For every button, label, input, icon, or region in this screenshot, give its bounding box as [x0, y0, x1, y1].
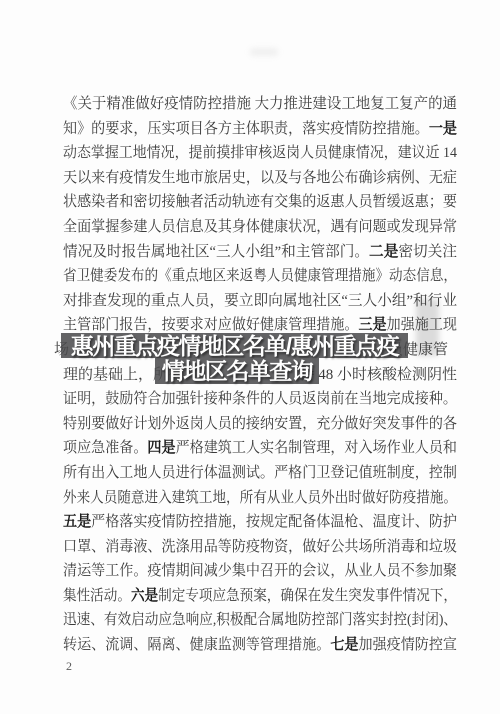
text-line: 证明，鼓励符合加强针接种条件的人员返岗前在当地完成接种。: [63, 387, 457, 412]
text-line: 所有出入工地人员进行体温测试。严格门卫登记值班制度，控制: [63, 461, 457, 486]
document-page: 《关于精准做好疫情防控措施 大力推进建设工地复工复产的通知》的要求，压实项目各方…: [0, 0, 500, 714]
text-line: 省卫健委发布的《重点地区来返粤人员健康管理措施》动态信息，: [63, 264, 457, 289]
overlay-title-line1: 惠州重点疫情地区名单/惠州重点疫: [61, 333, 408, 358]
text-line: 转运、流调、隔离、健康监测等管理措施。七是加强疫情防控宣: [63, 633, 457, 658]
text-line: 集性活动。六是制定专项应急预案，确保在发生突发事件情况下，: [63, 584, 457, 609]
text-line: 五是严格落实疫情防控措施，按规定配备体温枪、温度计、防护: [63, 510, 457, 535]
scan-smudge: [250, 48, 278, 56]
text-line: 对排查发现的重点人员，要立即向属地社区“三人小组”和行业: [63, 289, 457, 314]
text-line: 特别要做好计划外返岗人员的接纳安置，充分做好突发事件的各: [63, 412, 457, 437]
text-line: 清运等工作。疫情期间减少集中召开的会议，从业人员不参加聚: [63, 559, 457, 584]
text-line: 状感染者和密切接触者活动轨迹有交集的返惠人员暂缓返惠；要: [63, 190, 457, 215]
overlay-title-line2: 情地区名单查询: [155, 358, 319, 384]
text-line: 迅速、有效启动应急响应,积极配合属地防控部门落实封控(封闭)、: [63, 608, 457, 633]
text-line: 项应急准备。四是严格建筑工人实名制管理，对入场作业人员和: [63, 436, 457, 461]
text-line: 知》的要求，压实项目各方主体职责，落实疫情防控措施。一是: [63, 117, 457, 142]
text-line: 全面掌握参建人员信息及其身体健康状况，遇有问题或发现异常: [63, 215, 457, 240]
text-line: 口罩、消毒液、洗涤用品等防疫物资，做好公共场所消毒和垃圾: [63, 535, 457, 560]
page-number: 2: [66, 659, 72, 674]
text-line: 天以来有疫情发生地市旅居史，以及与各地公布确诊病例、无症: [63, 166, 457, 191]
text-line: 动态掌握工地情况，提前摸排审核返岗人员健康情况，建议近 14: [63, 141, 457, 166]
text-line: 情况及时报告属地社区“三人小组”和主管部门。二是密切关注: [63, 240, 457, 265]
text-line: 外来人员随意进入建筑工地，所有从业人员外出时做好防疫措施。: [63, 486, 457, 511]
text-line: 《关于精准做好疫情防控措施 大力推进建设工地复工复产的通: [63, 92, 457, 117]
